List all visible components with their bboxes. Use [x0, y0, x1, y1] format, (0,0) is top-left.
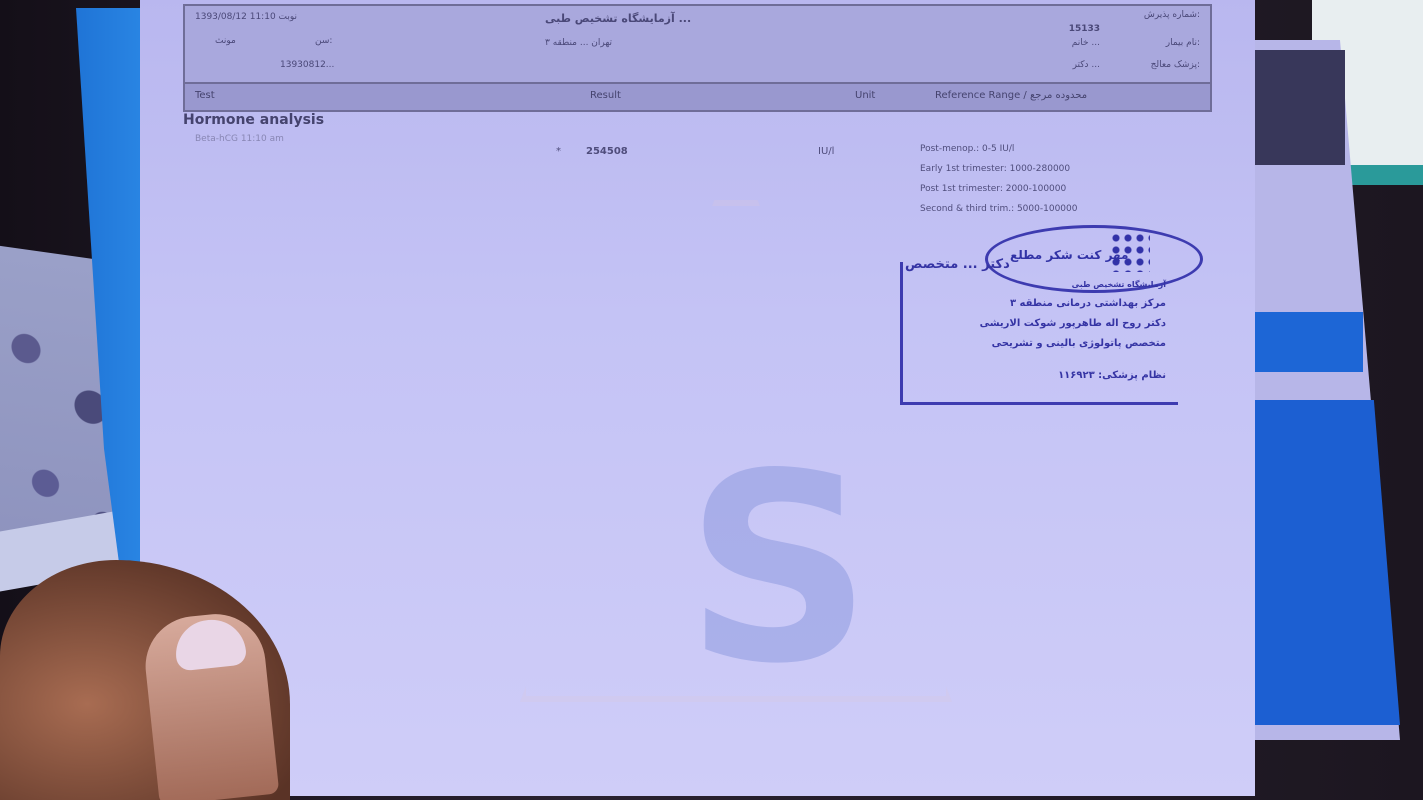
monitor-bezel — [1340, 165, 1423, 185]
reference-line: Second & third trim.: 5000-100000 — [920, 204, 1077, 214]
folder-right-blue-band — [1255, 312, 1363, 372]
reception-label: شماره پذیرش: — [1144, 10, 1200, 20]
stamp-line: آزمایشگاه تشخیص طبی — [1072, 280, 1166, 289]
stamp-title: دکتر ... متخصص — [905, 257, 1010, 272]
section-title: Hormone analysis — [183, 112, 324, 128]
patient-value: خانم ... — [1072, 38, 1100, 48]
address-line: تهران ... منطقه ۳ — [545, 38, 612, 48]
abnormal-flag: * — [556, 146, 561, 157]
sex-value: مونث — [215, 36, 236, 46]
unit-value: IU/l — [818, 146, 834, 157]
patient-label: نام بیمار: — [1166, 38, 1200, 48]
column-reference: Reference Range / محدوده مرجع — [935, 90, 1087, 101]
stamp-line: مرکز بهداشتی درمانی منطقه ۳ — [1010, 298, 1166, 309]
stamp-line: متخصص پاتولوژی بالینی و تشریحی — [992, 338, 1166, 349]
results-table-header: Test Result Unit Reference Range / محدود… — [183, 84, 1212, 112]
reference-line: Post 1st trimester: 2000-100000 — [920, 184, 1066, 194]
section-subtitle: Beta-hCG 11:10 am — [195, 134, 284, 144]
column-result: Result — [590, 90, 621, 101]
folder-right-dark-panel — [1255, 50, 1345, 165]
reference-line: Post-menop.: 0-5 IU/l — [920, 144, 1014, 154]
report-header: 1393/08/12 11:10 نوبت آزمایشگاه تشخیص طب… — [183, 4, 1212, 84]
doctor-stamp: آزمایشگاه تشخیص طبی مرکز بهداشتی درمانی … — [900, 262, 1178, 405]
stamp-line: دکتر روح اله طاهرپور شوکت الاریشی — [980, 318, 1166, 329]
age-label: سن: — [315, 36, 332, 46]
print-date: 1393/08/12 11:10 نوبت — [195, 12, 297, 22]
result-value: 254508 — [586, 146, 628, 157]
reference-line: Early 1st trimester: 1000-280000 — [920, 164, 1070, 174]
stamp-oval-text: مهر کنت شکر مطلع — [1010, 248, 1128, 262]
doctor-label: پزشک معالج: — [1151, 60, 1200, 70]
column-unit: Unit — [855, 90, 875, 101]
lab-name: آزمایشگاه تشخیص طبی ... — [545, 12, 691, 25]
reception-number: 13930812... — [280, 60, 334, 70]
watermark-logo: S — [685, 440, 872, 700]
reception-value: 15133 — [1069, 24, 1100, 34]
column-test: Test — [195, 90, 215, 101]
doctor-value: دکتر ... — [1073, 60, 1100, 70]
stamp-line: نظام پزشکی: ۱۱۶۹۲۳ — [1058, 370, 1166, 381]
